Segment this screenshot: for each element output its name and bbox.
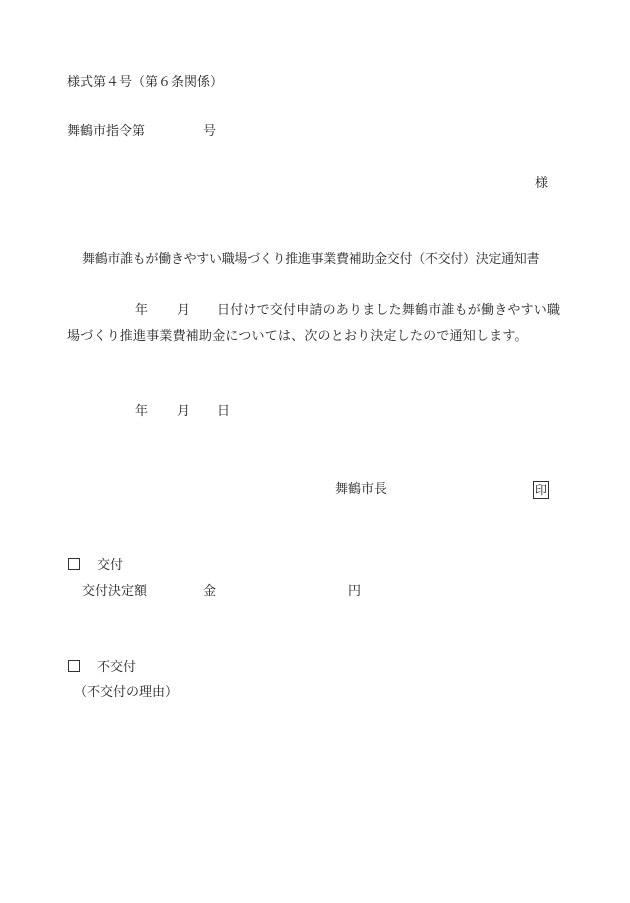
- addressee-honorific: 様: [535, 176, 548, 192]
- grant-currency-suffix: 円: [348, 584, 361, 600]
- grant-checkbox-row[interactable]: [68, 558, 80, 574]
- body-year: 年: [135, 303, 148, 319]
- signer-title: 舞鶴市長: [335, 482, 387, 498]
- no-grant-checkbox-label: 不交付: [97, 660, 136, 676]
- body-line1: 日付けで交付申請のありました舞鶴市誰もが働きやすい職: [217, 303, 560, 319]
- seal-icon: 印: [533, 481, 549, 499]
- grant-amount-label: 交付決定額: [82, 584, 147, 600]
- body-month: 月: [177, 303, 190, 319]
- seal-mark: 印: [533, 481, 549, 499]
- body-line2: 場づくり推進事業費補助金については、次のとおり決定したので通知します。: [67, 329, 528, 345]
- form-number: 様式第４号（第６条関係）: [67, 75, 223, 91]
- issue-day: 日: [217, 404, 230, 420]
- directive-label: 舞鶴市指令第: [67, 124, 145, 140]
- no-grant-checkbox-row[interactable]: [68, 660, 80, 676]
- directive-number-suffix: 号: [203, 124, 216, 140]
- document-title: 舞鶴市誰もが働きやすい職場づくり推進事業費補助金交付（不交付）決定通知書: [82, 252, 539, 268]
- no-grant-reason-label: （不交付の理由）: [74, 685, 178, 701]
- issue-year: 年: [135, 404, 148, 420]
- grant-currency-prefix: 金: [203, 584, 216, 600]
- no-grant-checkbox[interactable]: [68, 660, 80, 672]
- issue-month: 月: [177, 404, 190, 420]
- grant-checkbox-label: 交付: [97, 558, 123, 574]
- grant-checkbox[interactable]: [68, 558, 80, 570]
